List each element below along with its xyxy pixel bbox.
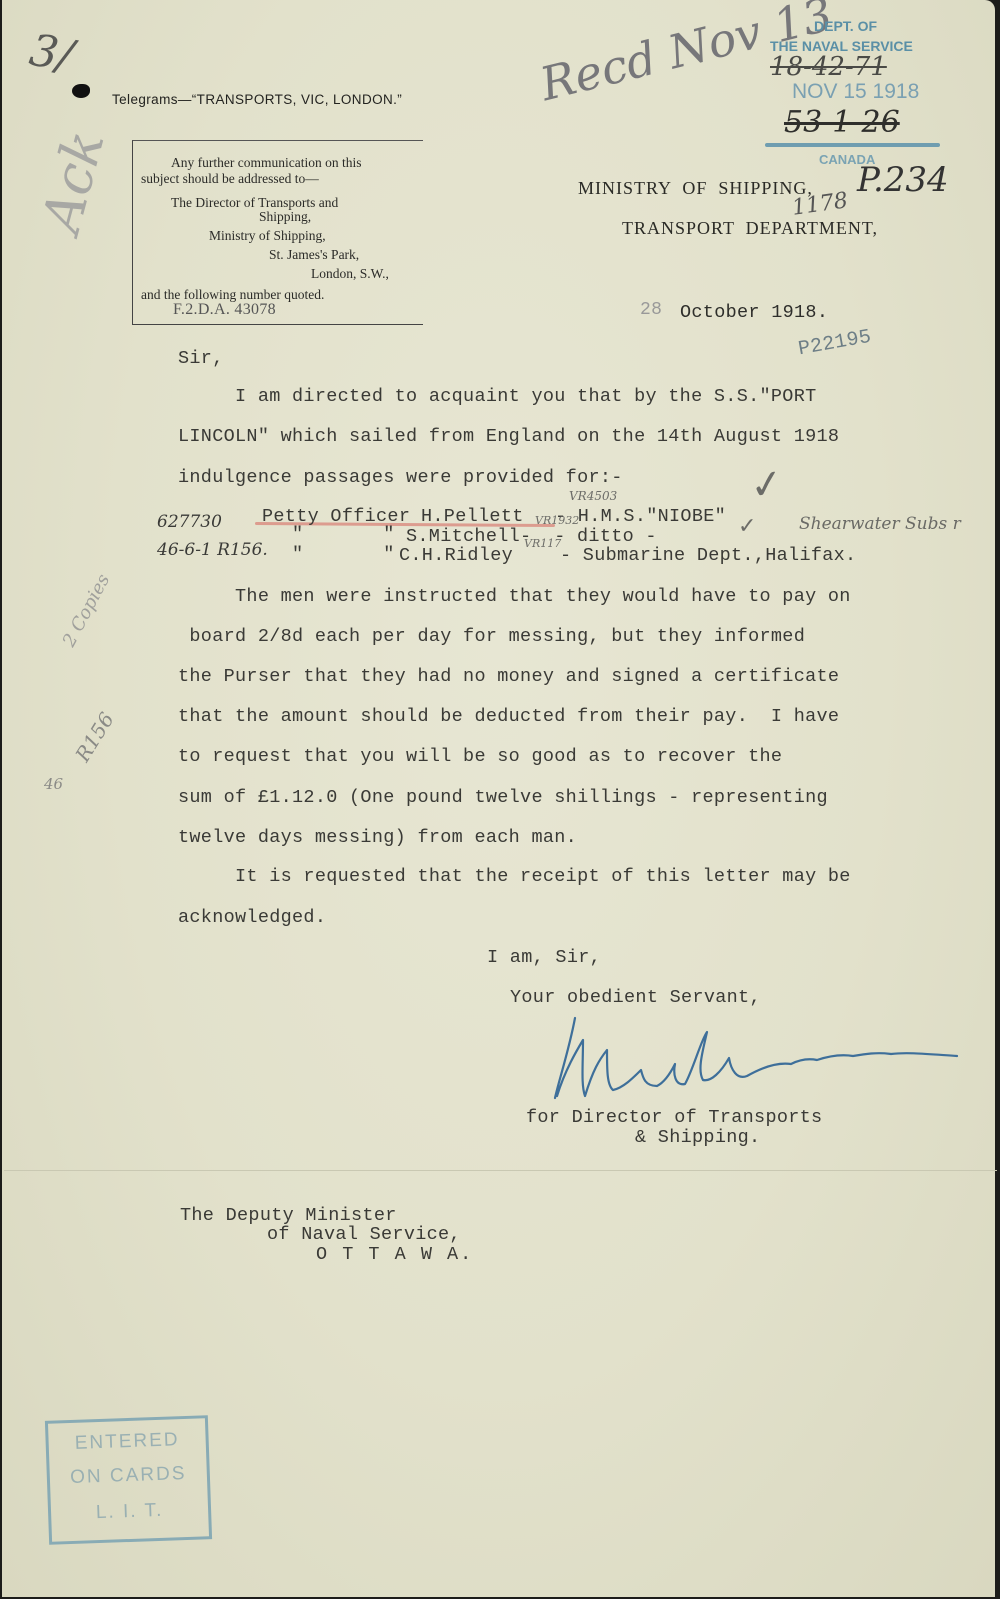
ministry-heading: MINISTRY OF SHIPPING, — [578, 178, 813, 199]
vr-annotation: VR4503 — [569, 489, 617, 503]
vr-annotation: VR117 — [524, 537, 561, 550]
recipient-line: O T T A W A. — [316, 1244, 473, 1265]
closing-line: I am, Sir, — [487, 947, 601, 968]
man-rank: " " — [292, 524, 395, 545]
paragraph-line: The men were instructed that they would … — [178, 586, 851, 607]
address-line: Any further communication on this — [171, 155, 361, 171]
address-box: Any further communication on this subjec… — [132, 140, 423, 325]
page-reference: P.234 — [857, 160, 949, 200]
man-name: S.Mitchell — [406, 526, 520, 547]
service-number: 46-6-1 R156. — [157, 540, 268, 560]
man-posting: - Submarine Dept.,Halifax. — [560, 545, 856, 566]
paragraph-line: twelve days messing) from each man. — [178, 827, 577, 848]
reference-number: F.2.D.A. 43078 — [173, 301, 276, 319]
date-prefix: 28 — [640, 300, 662, 320]
copies-annotation: 2 Copies — [59, 571, 115, 651]
checkmark-icon: ✓ — [747, 460, 787, 510]
man-name: H.Pellett — [421, 506, 524, 527]
man-rank: " " — [292, 544, 395, 565]
paragraph-line: the Purser that they had no money and si… — [178, 666, 839, 687]
stamp-line: ENTERED — [48, 1428, 206, 1455]
stamp-number: P22195 — [797, 326, 874, 361]
paragraph-line: board 2/8d each per day for messing, but… — [178, 626, 805, 647]
paragraph-line: acknowledged. — [178, 907, 326, 928]
signatory-line: for Director of Transports — [526, 1107, 822, 1128]
fraction-annotation: 3/ — [26, 25, 77, 83]
checkmark-icon: ✓ — [738, 514, 756, 539]
address-line: Ministry of Shipping, — [209, 228, 326, 244]
stamp-line: DEPT. OF — [814, 18, 877, 34]
letter-page: 3/ Ack Telegrams—“TRANSPORTS, VIC, LONDO… — [2, 0, 995, 1597]
man-posting: - H.M.S."NIOBE" — [555, 506, 726, 527]
stamp-rule — [765, 143, 940, 147]
punch-hole-icon — [72, 84, 90, 98]
margin-reference: 46 — [44, 775, 63, 793]
recipient-line: The Deputy Minister — [180, 1205, 397, 1226]
paragraph-line: I am directed to acquaint you that by th… — [178, 386, 817, 407]
paragraph-line: sum of £1.12.0 (One pound twelve shillin… — [178, 787, 828, 808]
stamp-line: ON CARDS — [50, 1462, 208, 1489]
address-line: The Director of Transports and — [171, 195, 338, 211]
letter-date: October 1918. — [680, 302, 828, 323]
ack-annotation: Ack — [29, 124, 116, 239]
struck-number: 18-42-71 — [770, 52, 887, 82]
address-line: London, S.W., — [311, 266, 389, 282]
recipient-line: of Naval Service, — [267, 1224, 461, 1245]
salutation: Sir, — [178, 348, 224, 369]
paragraph-line: that the amount should be deducted from … — [178, 706, 839, 727]
paragraph-line: indulgence passages were provided for:- — [178, 467, 623, 488]
man-name: C.H.Ridley — [399, 545, 513, 566]
shearwater-annotation: Shearwater Subs r — [799, 514, 961, 534]
address-line: Shipping, — [259, 209, 311, 225]
paragraph-line: It is requested that the receipt of this… — [178, 866, 851, 887]
margin-reference: R156 — [70, 708, 119, 766]
stamp-date: NOV 15 1918 — [792, 80, 919, 104]
department-heading: TRANSPORT DEPARTMENT, — [622, 218, 878, 239]
entered-on-cards-stamp: ENTERED ON CARDS L. I. T. — [45, 1415, 212, 1545]
closing-line: Your obedient Servant, — [510, 987, 761, 1008]
signatory-line: & Shipping. — [635, 1127, 760, 1148]
paragraph-line: to request that you will be so good as t… — [178, 746, 782, 767]
stamp-line: L. I. T. — [51, 1498, 209, 1525]
file-number: 53-1-26 — [784, 105, 900, 140]
address-line: St. James's Park, — [269, 247, 359, 263]
address-line: subject should be addressed to— — [141, 171, 319, 187]
paragraph-line: LINCOLN" which sailed from England on th… — [178, 426, 839, 447]
telegrams-line: Telegrams—“TRANSPORTS, VIC, LONDON.” — [112, 92, 402, 107]
service-number: 627730 — [157, 512, 222, 532]
signature — [547, 1010, 987, 1105]
paper-fold — [4, 1170, 997, 1171]
